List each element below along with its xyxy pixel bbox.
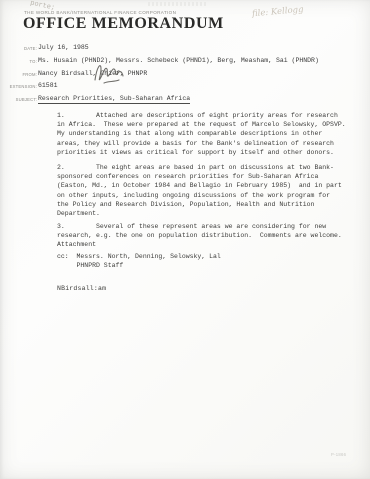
from-label: FROM: xyxy=(23,72,38,77)
memo-page: porte; THE WORLD BANK/INTERNATIONAL FIN… xyxy=(0,0,370,479)
to-row: TO: Ms. Husain (PHND2), Messrs. Schebeck… xyxy=(0,57,370,67)
extension-label: EXTENSION: xyxy=(10,84,37,89)
subject-label: SUBJECT: xyxy=(16,97,37,102)
date-row: DATE: July 16, 1985 xyxy=(0,44,370,54)
paragraph-1: 1. Attached are descriptions of eight pr… xyxy=(57,111,346,157)
corner-reference-mark: P-1866 xyxy=(331,452,346,457)
to-value: Ms. Husain (PHND2), Messrs. Schebeck (PH… xyxy=(38,57,319,64)
date-value: July 16, 1985 xyxy=(38,44,89,51)
handwritten-file-note: file: Kellogg xyxy=(252,5,304,19)
extension-row: EXTENSION: 61581 xyxy=(0,82,370,92)
attachment-line: Attachment xyxy=(57,240,96,249)
page-title: OFFICE MEMORANDUM xyxy=(23,15,224,33)
paragraph-3: 3. Several of these represent areas we a… xyxy=(57,222,342,240)
typist-initials: NBirdsall:am xyxy=(57,284,106,293)
scan-smudge xyxy=(148,2,206,6)
date-label: DATE: xyxy=(24,46,37,51)
paragraph-2: 2. The eight areas are based in part on … xyxy=(57,163,342,218)
subject-row: SUBJECT: Research Priorities, Sub-Sahara… xyxy=(0,95,370,105)
subject-value: Research Priorities, Sub-Saharan Africa xyxy=(38,95,190,104)
from-row: FROM: Nancy Birdsall, Chief, PHNPR xyxy=(0,70,370,80)
to-label: TO: xyxy=(29,59,37,64)
cc-block: cc: Messrs. North, Denning, Selowsky, La… xyxy=(57,252,221,270)
extension-value: 61581 xyxy=(38,82,58,89)
